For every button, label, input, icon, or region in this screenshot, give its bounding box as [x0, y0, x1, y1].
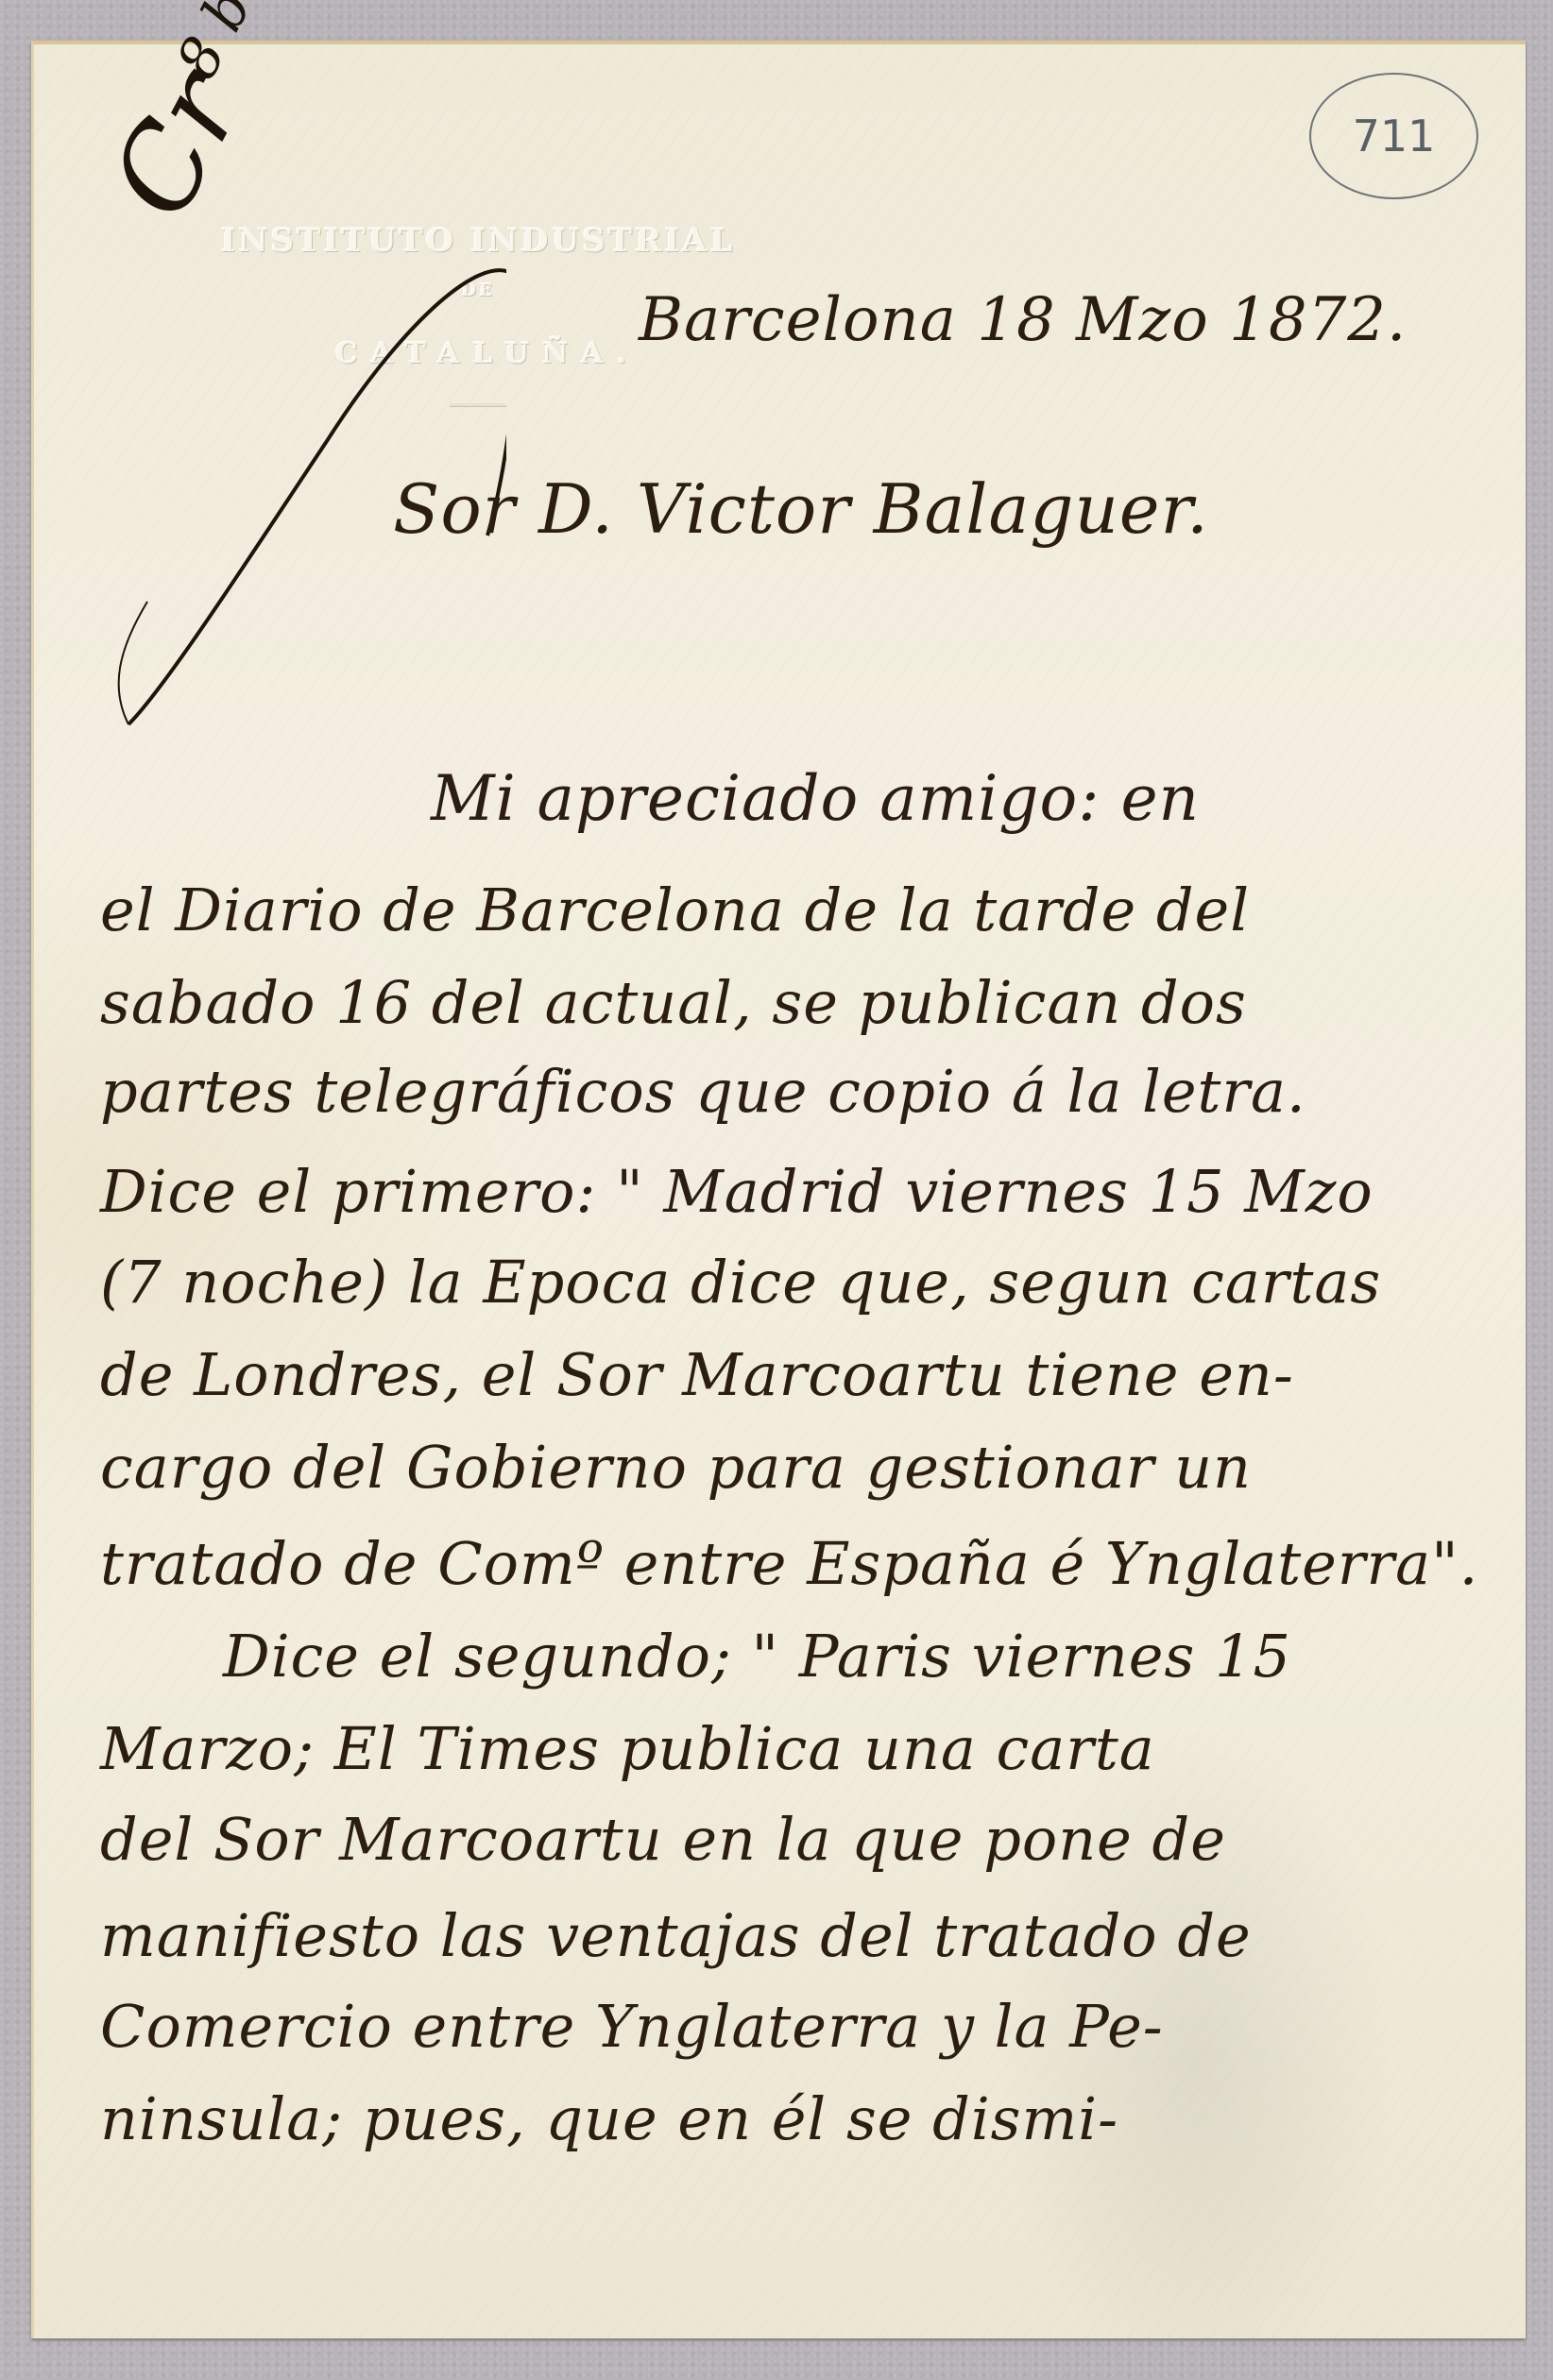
- body-line: del Sor Marcoartu en la que pone de: [100, 1805, 1226, 1874]
- letterhead-rule: [450, 403, 506, 407]
- body-line: el Diario de Barcelona de la tarde del: [100, 875, 1250, 944]
- archive-number: 711: [1353, 110, 1436, 161]
- body-line: Comercio entre Ynglaterra y la Pe-: [100, 1992, 1164, 2061]
- body-line: tratado de Comº entre España é Ynglaterr…: [100, 1529, 1478, 1598]
- letterhead-line-2: DE: [412, 280, 544, 300]
- body-line: Dice el primero: " Madrid viernes 15 Mzo: [100, 1157, 1374, 1226]
- body-line: (7 noche) la Epoca dice que, segun carta…: [100, 1248, 1381, 1317]
- body-line: cargo del Gobierno para gestionar un: [100, 1433, 1252, 1502]
- body-line: manifiesto las ventajas del tratado de: [100, 1901, 1252, 1970]
- letter-sheet: INSTITUTO INDUSTRIAL DE CATALUÑA. 711 Cr…: [31, 41, 1526, 2338]
- letterhead-line-3: CATALUÑA.: [327, 337, 648, 370]
- archive-number-stamp: 711: [1309, 73, 1478, 199]
- body-line: Marzo; El Times publica una carta: [100, 1714, 1155, 1783]
- marginal-annotation: Cr8 br: [86, 0, 323, 238]
- letterhead-line-1: INSTITUTO INDUSTRIAL: [213, 222, 742, 260]
- body-line: partes telegráficos que copio á la letra…: [100, 1057, 1306, 1126]
- body-line: de Londres, el Sor Marcoartu tiene en-: [100, 1340, 1294, 1409]
- dateline: Barcelona 18 Mzo 1872.: [639, 285, 1407, 355]
- body-line: ninsula; pues, que en él se dismi-: [100, 2084, 1118, 2153]
- recipient-salutation: Sor D. Victor Balaguer.: [393, 469, 1209, 549]
- body-line: sabado 16 del actual, se publican dos: [100, 968, 1247, 1037]
- body-line: Mi apreciado amigo: en: [431, 762, 1200, 835]
- body-line: Dice el segundo; " Paris viernes 15: [223, 1622, 1291, 1691]
